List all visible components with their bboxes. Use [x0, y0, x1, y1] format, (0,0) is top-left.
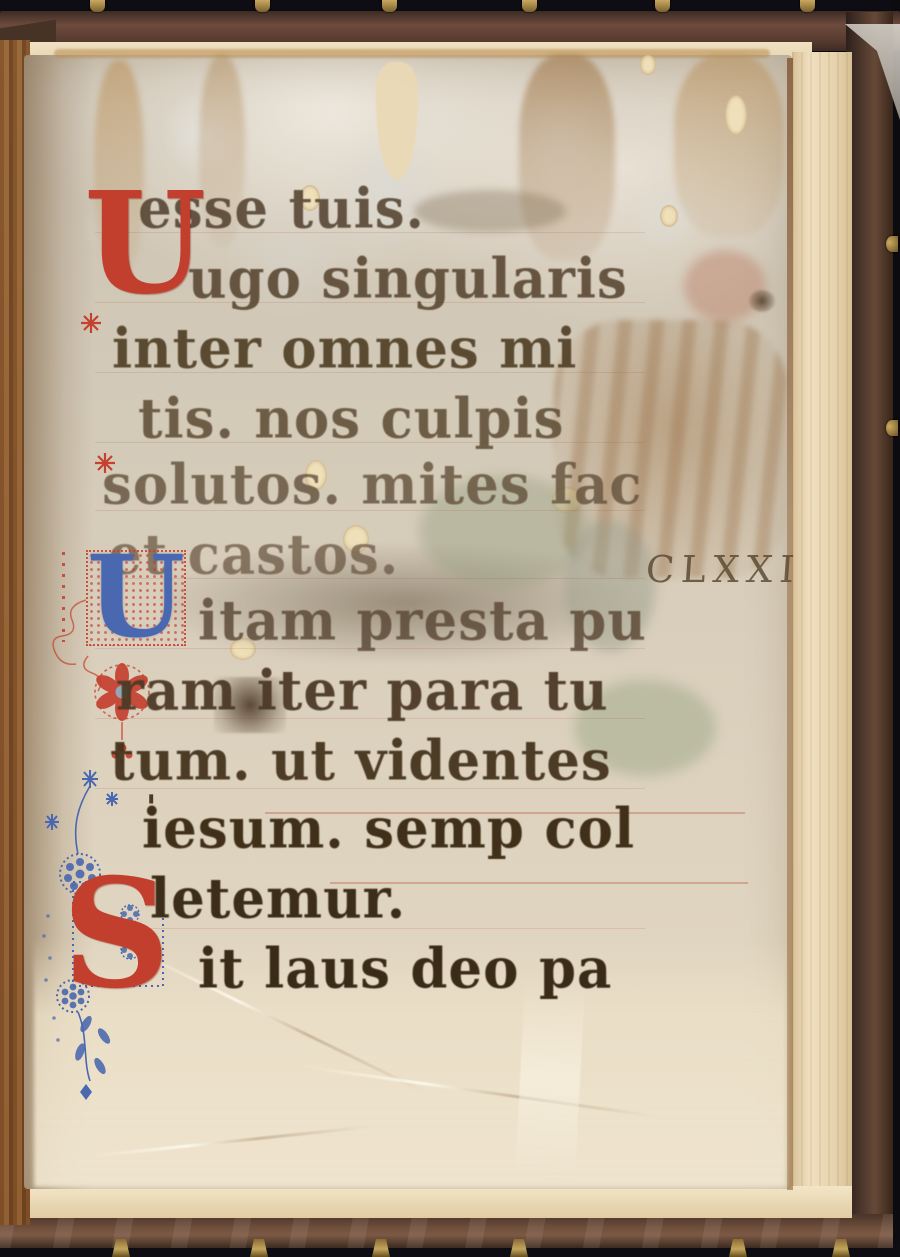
line-text: ram iter para tu: [116, 658, 609, 723]
brass-stud-icon: [886, 236, 898, 252]
text-line: iesum. semp col: [142, 796, 635, 861]
manuscript-photo: esse tuis. U ugo singularis inter omnes …: [0, 0, 900, 1257]
text-line: itam presta pu: [198, 588, 647, 653]
page-edges-right: [792, 52, 852, 1218]
text-line: letemur.: [150, 866, 406, 931]
text-line: it laus deo pa: [198, 936, 612, 1001]
text-line: ugo singularis: [188, 246, 628, 311]
brass-stud-icon: [90, 0, 105, 12]
parchment-hole: [660, 205, 678, 227]
text-line: solutos. mites fac: [102, 452, 643, 517]
text-line: tis. nos culpis: [138, 386, 565, 451]
leather-binding-right: [846, 12, 893, 1247]
line-text: it laus deo pa: [198, 936, 612, 1001]
illuminated-initial-red: U: [84, 190, 206, 299]
line-text: itam presta pu: [198, 588, 647, 653]
line-text: iesum. semp col: [142, 796, 635, 861]
text-line: tum. ut videntes: [110, 728, 612, 793]
brass-stud-icon: [255, 0, 270, 12]
parchment-hole: [725, 95, 747, 135]
brass-stud-icon: [522, 0, 537, 12]
brass-stud-icon: [886, 420, 898, 436]
parchment-hole: [640, 55, 656, 75]
line-text: letemur.: [150, 866, 406, 931]
initial-letter: U: [87, 558, 185, 639]
crease: [515, 979, 585, 1182]
stain-tideline: [54, 49, 770, 58]
leather-sheen: [0, 1214, 893, 1248]
illuminated-initial-blue: U: [86, 550, 186, 646]
text-line: ram iter para tu: [116, 658, 609, 723]
line-text: solutos. mites fac: [102, 452, 643, 517]
illuminated-initial-s-red: S: [62, 878, 170, 991]
brass-stud-icon: [382, 0, 397, 12]
folio-number: CLXXI: [644, 548, 802, 591]
red-dot-column: [62, 552, 65, 642]
page-edge-line: [787, 58, 793, 1190]
line-text: tum. ut videntes: [110, 728, 612, 793]
page-edges-bottom: [28, 1186, 852, 1218]
brass-stud-icon: [800, 0, 815, 12]
brass-stud-icon: [655, 0, 670, 12]
line-text: ugo singularis: [188, 246, 628, 311]
line-text: tis. nos culpis: [138, 386, 565, 451]
